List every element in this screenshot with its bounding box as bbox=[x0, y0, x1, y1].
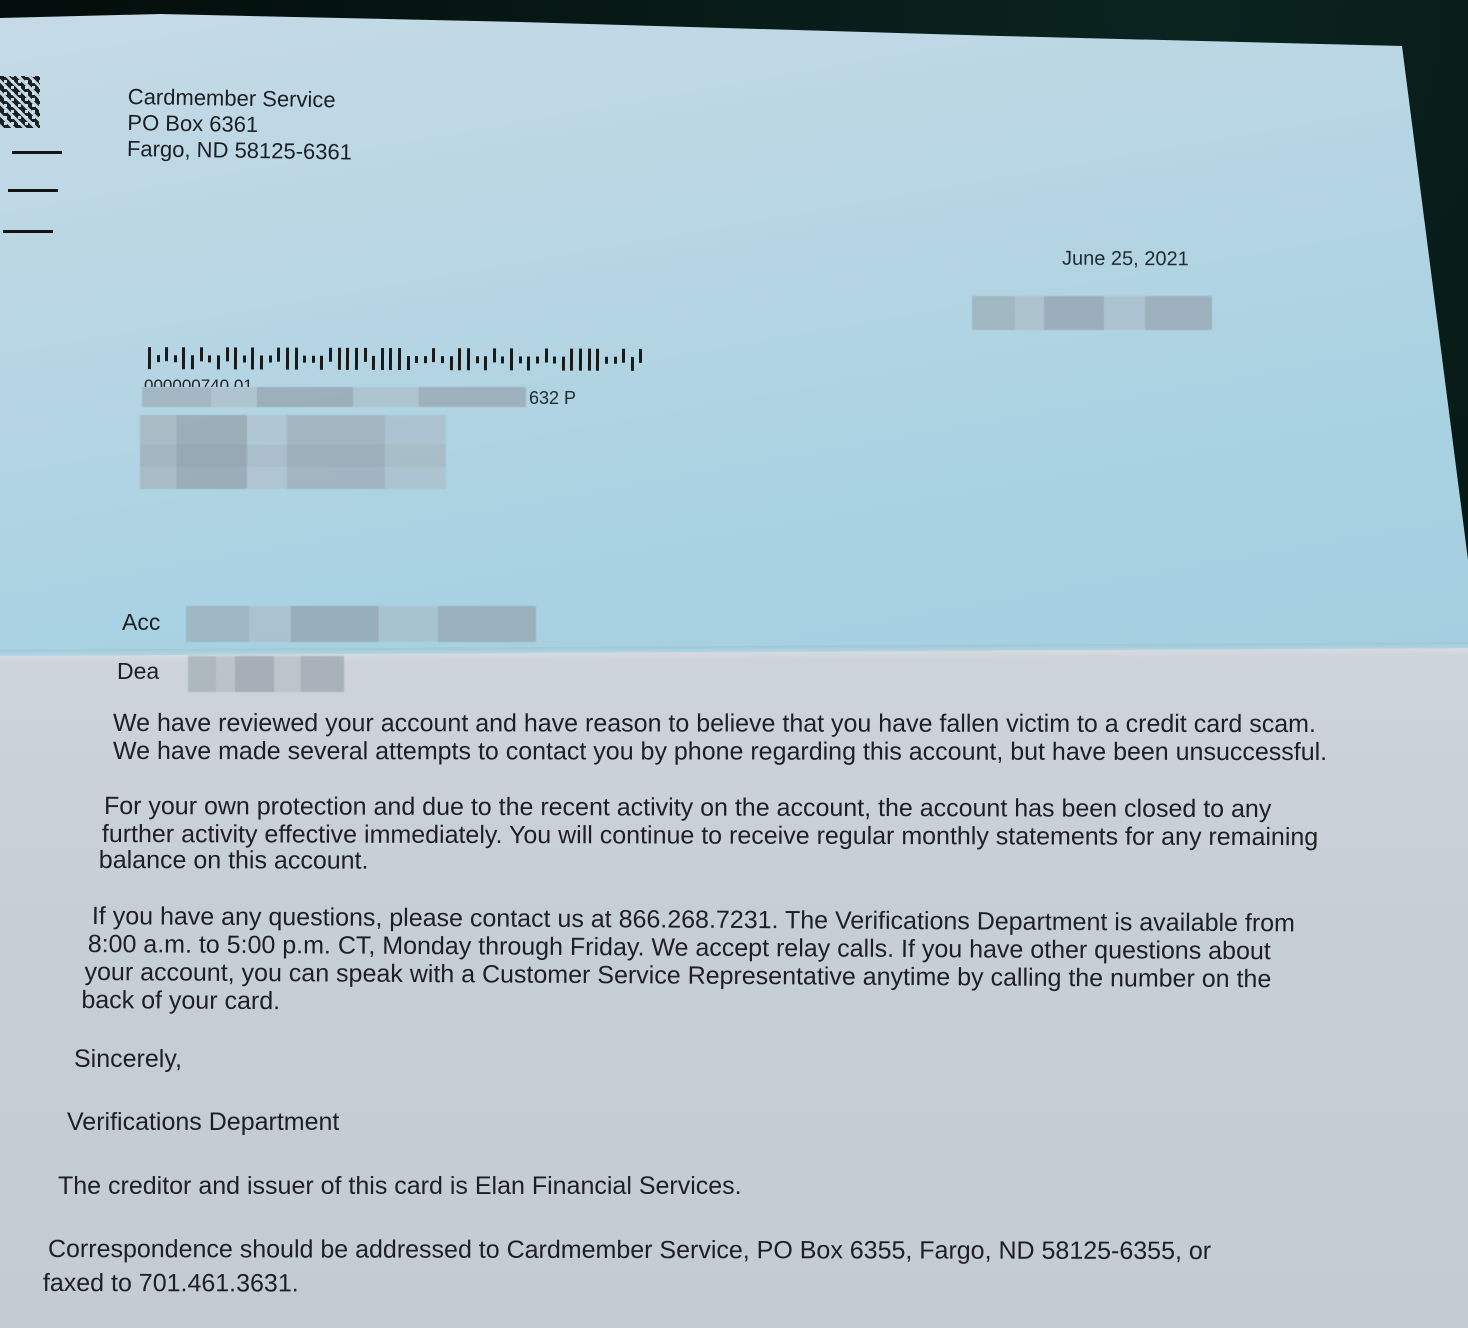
barcode-bar bbox=[372, 356, 375, 370]
correspondence-note: Correspondence should be addressed to Ca… bbox=[48, 1232, 1211, 1302]
barcode-bar bbox=[364, 348, 367, 362]
barcode-bar bbox=[432, 348, 435, 362]
postal-barcode-icon bbox=[148, 341, 648, 377]
sender-city-state-zip: Fargo, ND 58125-6361 bbox=[127, 136, 352, 166]
paragraph-2: For your own protection and due to the r… bbox=[102, 792, 1319, 877]
barcode-bar bbox=[424, 356, 427, 363]
barcode-bar bbox=[450, 356, 453, 370]
barcode-bar bbox=[467, 348, 470, 370]
barcode-bar bbox=[381, 348, 384, 370]
barcode-bar bbox=[200, 347, 203, 361]
paragraph-line: We have reviewed your account and have r… bbox=[113, 709, 1327, 738]
barcode-bar bbox=[208, 355, 211, 362]
closing: Sincerely, bbox=[74, 1045, 182, 1073]
barcode-bar bbox=[415, 356, 418, 363]
barcode-bar bbox=[476, 356, 479, 363]
barcode-bar bbox=[157, 355, 160, 362]
barcode-bar bbox=[631, 357, 634, 371]
barcode-bar bbox=[493, 348, 496, 362]
barcode-bar bbox=[174, 355, 177, 362]
paragraph-line: We have made several attempts to contact… bbox=[113, 737, 1327, 766]
barcode-bar bbox=[562, 357, 565, 371]
barcode-bar bbox=[501, 356, 504, 363]
barcode-bar bbox=[588, 349, 591, 371]
sender-name: Cardmember Service bbox=[128, 84, 353, 114]
issuer-note: The creditor and issuer of this card is … bbox=[58, 1172, 742, 1200]
barcode-bar bbox=[355, 348, 358, 370]
redacted-recipient-address bbox=[140, 415, 446, 489]
signature: Verifications Department bbox=[67, 1108, 339, 1136]
barcode-bar bbox=[226, 347, 229, 361]
barcode-bar bbox=[614, 357, 617, 364]
barcode-bar bbox=[389, 348, 392, 370]
margin-mark bbox=[12, 151, 62, 154]
margin-mark bbox=[8, 189, 58, 192]
barcode-bar bbox=[441, 356, 444, 363]
barcode-bar bbox=[303, 356, 306, 363]
margin-mark bbox=[3, 230, 53, 233]
redacted-recipient-name bbox=[188, 656, 344, 692]
barcode-bar bbox=[398, 348, 401, 370]
barcode-bar bbox=[484, 356, 487, 370]
paragraph-line: For your own protection and due to the r… bbox=[102, 792, 1318, 823]
barcode-bar bbox=[295, 348, 298, 370]
sender-address: Cardmember Service PO Box 6361 Fargo, ND… bbox=[127, 84, 353, 166]
barcode-bar bbox=[527, 356, 530, 370]
barcode-bar bbox=[553, 357, 556, 364]
barcode-bar bbox=[639, 349, 642, 363]
reference-code: 632 P bbox=[529, 388, 576, 409]
barcode-bar bbox=[536, 356, 539, 363]
barcode-bar bbox=[165, 347, 168, 361]
barcode-bar bbox=[277, 348, 280, 362]
barcode-bar bbox=[622, 349, 625, 363]
redacted-recipient-id bbox=[972, 296, 1212, 330]
barcode-bar bbox=[312, 356, 315, 363]
redacted-account-number bbox=[186, 606, 536, 642]
redacted-barcode-digits bbox=[142, 387, 526, 407]
barcode-bar bbox=[329, 348, 332, 362]
barcode-bar bbox=[243, 355, 246, 362]
barcode-bar bbox=[338, 348, 341, 370]
barcode-bar bbox=[458, 348, 461, 370]
greeting: Dea bbox=[117, 658, 159, 685]
barcode-bar bbox=[182, 347, 185, 369]
barcode-bar bbox=[596, 349, 599, 371]
barcode-bar bbox=[579, 349, 582, 371]
datamatrix-barcode-icon bbox=[0, 76, 40, 128]
sender-po-box: PO Box 6361 bbox=[127, 110, 352, 140]
barcode-bar bbox=[545, 349, 548, 363]
paragraph-1: We have reviewed your account and have r… bbox=[113, 709, 1327, 766]
barcode-bar bbox=[510, 348, 513, 370]
barcode-bar bbox=[346, 348, 349, 370]
barcode-bar bbox=[519, 356, 522, 363]
barcode-bar bbox=[217, 355, 220, 369]
barcode-bar bbox=[260, 356, 263, 370]
barcode-bar bbox=[570, 349, 573, 371]
barcode-bar bbox=[148, 347, 151, 369]
letter-date: June 25, 2021 bbox=[1062, 248, 1189, 272]
barcode-bar bbox=[286, 348, 289, 370]
barcode-bar bbox=[407, 356, 410, 370]
account-label: Acc bbox=[122, 609, 160, 636]
paragraph-line: Correspondence should be addressed to Ca… bbox=[48, 1232, 1211, 1268]
paragraph-3: If you have any questions, please contac… bbox=[87, 902, 1295, 1021]
barcode-bar bbox=[234, 347, 237, 369]
barcode-bar bbox=[320, 356, 323, 370]
barcode-bar bbox=[191, 355, 194, 369]
barcode-bar bbox=[269, 356, 272, 363]
paragraph-line: faxed to 701.461.3631. bbox=[43, 1266, 1211, 1302]
barcode-bar bbox=[605, 357, 608, 364]
barcode-bar bbox=[251, 347, 254, 369]
